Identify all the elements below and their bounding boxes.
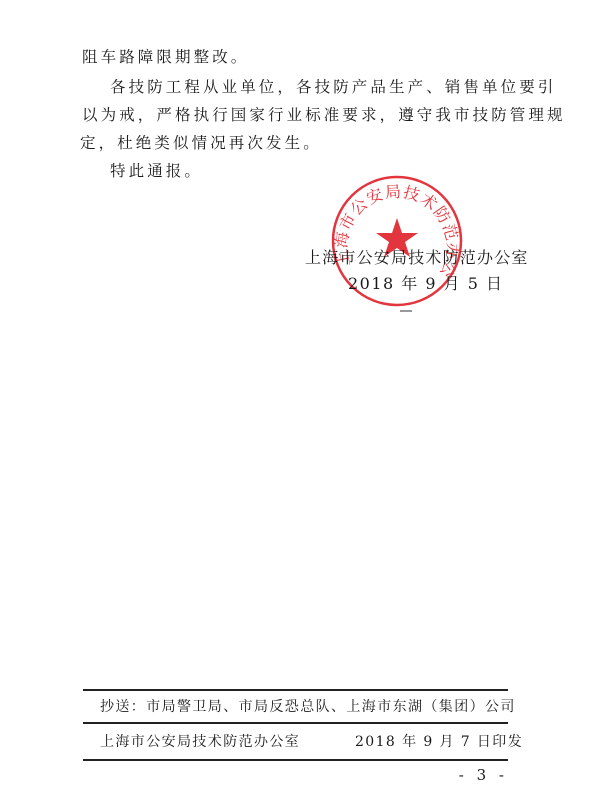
footer-middle-rule	[83, 722, 508, 724]
body-line-3: 以为戒，严格执行国家行业标准要求，遵守我市技防管理规	[82, 105, 566, 125]
footer-issuer: 上海市公安局技术防范办公室	[100, 733, 300, 751]
body-line-4: 定，杜绝类似情况再次发生。	[80, 133, 322, 153]
scan-mark	[400, 310, 412, 312]
signature-date: 2018 年 9 月 5 日	[348, 274, 504, 294]
footer-cc: 抄送：市局警卫局、市局反恐总队、上海市东湖（集团）公司	[100, 698, 516, 716]
page-number: - 3 -	[459, 766, 508, 784]
signature-organization: 上海市公安局技术防范办公室	[305, 248, 529, 268]
body-line-5: 特此通报。	[110, 161, 203, 181]
body-line-2: 各技防工程从业单位，各技防产品生产、销售单位要引	[110, 77, 556, 97]
footer-top-rule	[83, 689, 508, 691]
footer-issue-date: 2018 年 9 月 7 日印发	[355, 733, 523, 751]
body-line-1: 阻车路障限期整改。	[82, 47, 249, 67]
footer-bottom-rule	[83, 759, 508, 761]
